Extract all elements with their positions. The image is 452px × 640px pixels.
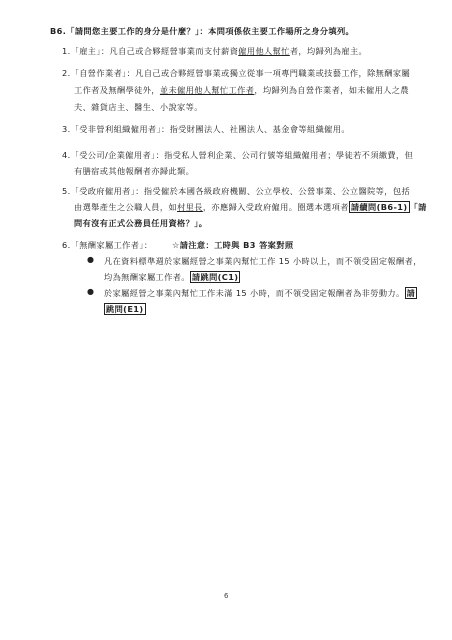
- item-4: 4.「受公司/企業僱用者」：指受私人營利企業、公司行號等組織僱用者；學徒若不須繳…: [62, 150, 413, 160]
- item-label: 「受政府僱用者」: [71, 186, 136, 196]
- item-1: 1.「雇主」：凡自己或合夥經營事業而支付薪資僱用他人幫忙者，均歸列為雇主。: [62, 46, 367, 56]
- item-2-line-2: 工作者及無酬學徒外，並未僱用他人幫忙工作者，均歸列為自營作業者，如未僱用人之農: [74, 85, 409, 95]
- item-number: 5.: [62, 186, 71, 196]
- item-text: ：凡自己或合夥經營事業或獨立從事一項專門職業或技藝工作，除無酬家屬: [127, 68, 410, 78]
- item-text: 由選舉產生之公職人員，如: [74, 202, 177, 212]
- item-3: 3.「受非營利組織僱用者」：指受財團法人、社團法人、基金會等組織僱用。: [62, 124, 350, 134]
- question-heading: B6.「請問您主要工作的身分是什麼？」：本問項係依主要工作場所之身分填列。: [50, 26, 354, 36]
- item-6: 6.「無酬家屬工作者」：: [62, 240, 152, 250]
- skip-instruction-box: 請: [405, 287, 418, 299]
- question-heading-text: 「請問您主要工作的身分是什麼？」：本問項係依主要工作場所之身分填列。: [66, 26, 354, 36]
- bullet-icon: ●: [87, 287, 94, 296]
- bullet-1-line-1: 凡在資料標準週於家屬經營之事業內幫忙工作 15 小時以上，而不領受固定報酬者，: [104, 256, 422, 266]
- skip-instruction-box: 請續問(B6-1): [349, 201, 410, 213]
- bullet-2-line-2: 跳問(E1): [104, 304, 146, 314]
- item-label: 「受公司/企業僱用者」: [71, 150, 156, 160]
- item-number: 4.: [62, 150, 71, 160]
- bullet-1-line-2: 均為無酬家屬工作者。請跳問(C1): [104, 272, 240, 282]
- item-label: 「無酬家屬工作者」: [71, 240, 144, 250]
- skip-instruction-box: 跳問(E1): [104, 303, 146, 315]
- item-2-line-3: 夫、雜貨店主、醫生、小說家等。: [74, 102, 203, 112]
- item-5-line-2: 由選舉產生之公職人員，如村里長，亦應歸入受政府僱用。圈選本選項者請續問(B6-1…: [74, 202, 427, 212]
- item-number: 2.: [62, 68, 71, 78]
- item-text: 均為無酬家屬工作者。: [104, 272, 190, 282]
- question-code: B6.: [50, 26, 66, 36]
- bullet-2-line-1: 於家屬經營之事業內幫忙工作未滿 15 小時，而不領受固定報酬者為非勞動力。請: [104, 288, 417, 298]
- item-text: 工作者及無酬學徒外，: [74, 85, 160, 95]
- skip-instruction-box: 請跳問(C1): [190, 271, 241, 283]
- item-2: 2.「自營作業者」：凡自己或合夥經營事業或獨立從事一項專門職業或技藝工作，除無酬…: [62, 68, 410, 78]
- item-text: ：: [144, 240, 153, 250]
- attention-note: ☆請注意：工時與 B3 答案對照: [172, 240, 293, 250]
- underlined-text: 村里長: [177, 202, 203, 212]
- item-text: ，均歸列為自營作業者，如未僱用人之農: [254, 85, 409, 95]
- underlined-text: 僱用他人幫忙: [238, 46, 290, 56]
- item-text: ：指受私人營利企業、公司行號等組織僱用者；學徒若不須繳費，但: [156, 150, 414, 160]
- item-label: 「雇主」: [71, 46, 101, 56]
- item-number: 1.: [62, 46, 71, 56]
- document-page: B6.「請問您主要工作的身分是什麼？」：本問項係依主要工作場所之身分填列。 1.…: [0, 0, 452, 640]
- bullet-icon: ●: [87, 255, 94, 264]
- item-text: ：指受財團法人、社團法人、基金會等組織僱用。: [161, 124, 350, 134]
- item-text: ：凡自己或合夥經營事業而支付薪資: [101, 46, 238, 56]
- item-text: 者，均歸列為雇主。: [290, 46, 367, 56]
- item-5-line-3: 問有沒有正式公務員任用資格？」。: [74, 218, 207, 228]
- item-text: ，亦應歸入受政府僱用。圈選本選項者: [203, 202, 349, 212]
- item-label: 「自營作業者」: [71, 68, 127, 78]
- item-text: 「請: [410, 202, 427, 212]
- item-number: 6.: [62, 240, 71, 250]
- item-text: 於家屬經營之事業內幫忙工作未滿 15 小時，而不領受固定報酬者為非勞動力。: [104, 288, 405, 298]
- item-text: ：指受僱於本國各級政府機關、公立學校、公營事業、公立醫院等，包括: [135, 186, 410, 196]
- item-label: 「受非營利組織僱用者」: [71, 124, 161, 134]
- underlined-text: 並未僱用他人幫忙工作者: [160, 85, 254, 95]
- page-number: 6: [224, 592, 228, 600]
- item-5: 5.「受政府僱用者」：指受僱於本國各級政府機關、公立學校、公營事業、公立醫院等，…: [62, 186, 410, 196]
- item-number: 3.: [62, 124, 71, 134]
- item-4-line-2: 有膳宿或其他報酬者亦歸此類。: [74, 166, 194, 176]
